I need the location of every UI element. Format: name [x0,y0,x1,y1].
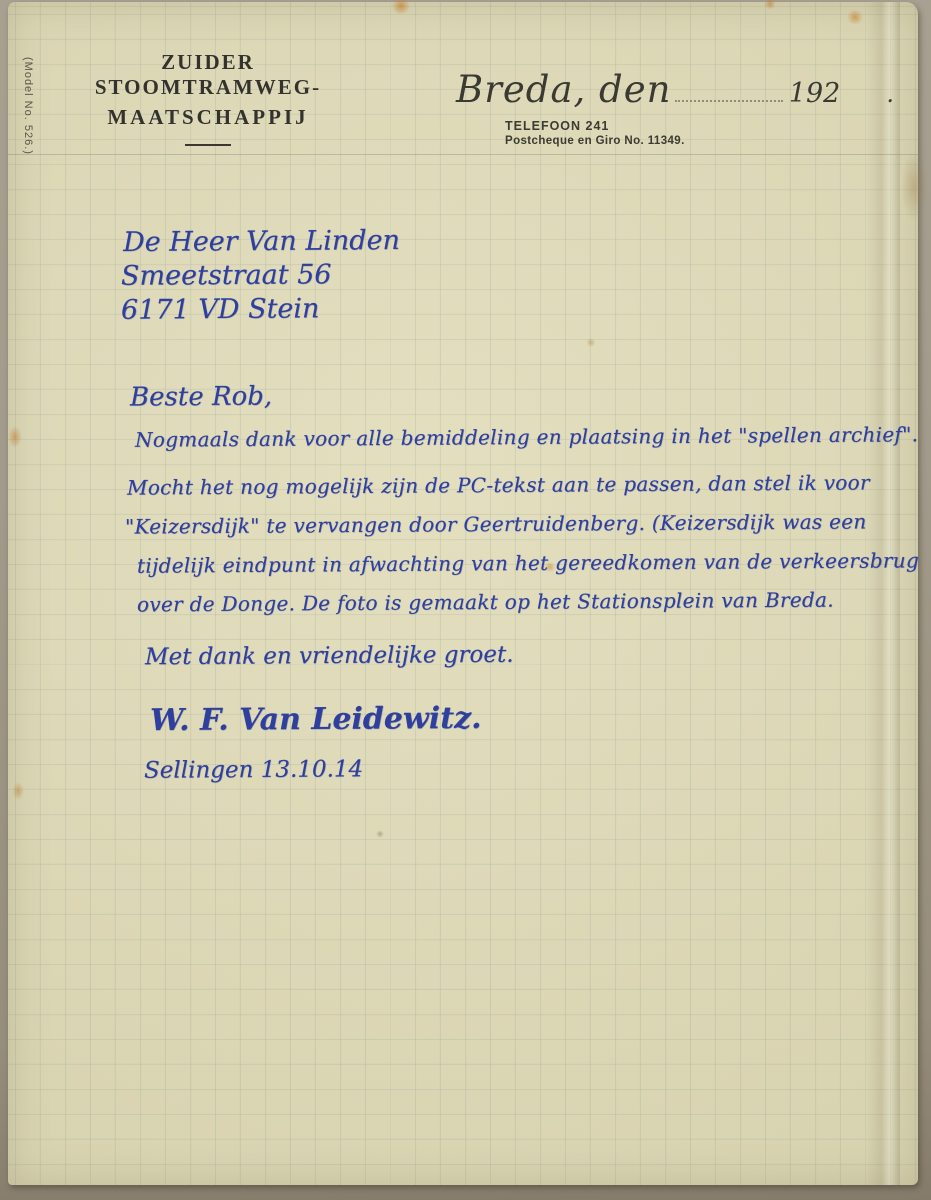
recipient-street: Smeetstraat 56 [121,259,332,291]
letter-paper: (Model No. 526.) ZUIDER STOOMTRAMWEG- MA… [8,2,918,1185]
salutation: Beste Rob, [130,382,272,413]
rust-stain [846,10,864,24]
rust-stain [764,0,776,9]
ruled-line [8,154,918,155]
body-line: Mocht het nog mogelijk zijn de PC-tekst … [127,470,870,499]
year-prefix: 192 [789,78,841,109]
photo-background: (Model No. 526.) ZUIDER STOOMTRAMWEG- MA… [0,0,931,1200]
place-date-label: Breda, den [456,68,671,111]
company-name-line1: ZUIDER STOOMTRAMWEG- [78,50,338,100]
rust-stain [8,426,22,448]
speck-stain [376,830,384,838]
recipient-name: De Heer Van Linden [123,225,400,258]
model-number-label: (Model No. 526.) [22,57,34,155]
rust-stain [586,338,596,347]
recipient-city: 6171 VD Stein [121,293,320,325]
body-line: "Keizersdijk" te vervangen door Geertrui… [125,509,867,538]
body-line: Nogmaals dank voor alle bemiddeling en p… [135,422,918,451]
written-place-date: Sellingen 13.10.14 [144,756,363,784]
year-period: . [886,80,894,108]
body-line: over de Donge. De foto is gemaakt op het… [137,588,834,617]
letterhead-company: ZUIDER STOOMTRAMWEG- MAATSCHAPPIJ [78,50,338,146]
signature: W. F. Van Leidewitz. [150,701,482,738]
rust-stain [391,0,411,14]
letterhead-divider [185,144,231,146]
giro-line: Postcheque en Giro No. 11349. [505,135,685,147]
rust-stain [12,782,24,800]
telephone-line: TELEFOON 241 [505,119,685,133]
closing-line: Met dank en vriendelijke groet. [145,642,514,671]
contact-block: TELEFOON 241 Postcheque en Giro No. 1134… [505,119,685,147]
dateline: Breda, den 192 . [456,68,894,111]
body-line: tijdelijk eindpunt in afwachting van het… [137,548,919,577]
company-name-line2: MAATSCHAPPIJ [78,105,338,130]
date-fill-in-line [675,99,782,102]
rust-stain [901,152,927,222]
